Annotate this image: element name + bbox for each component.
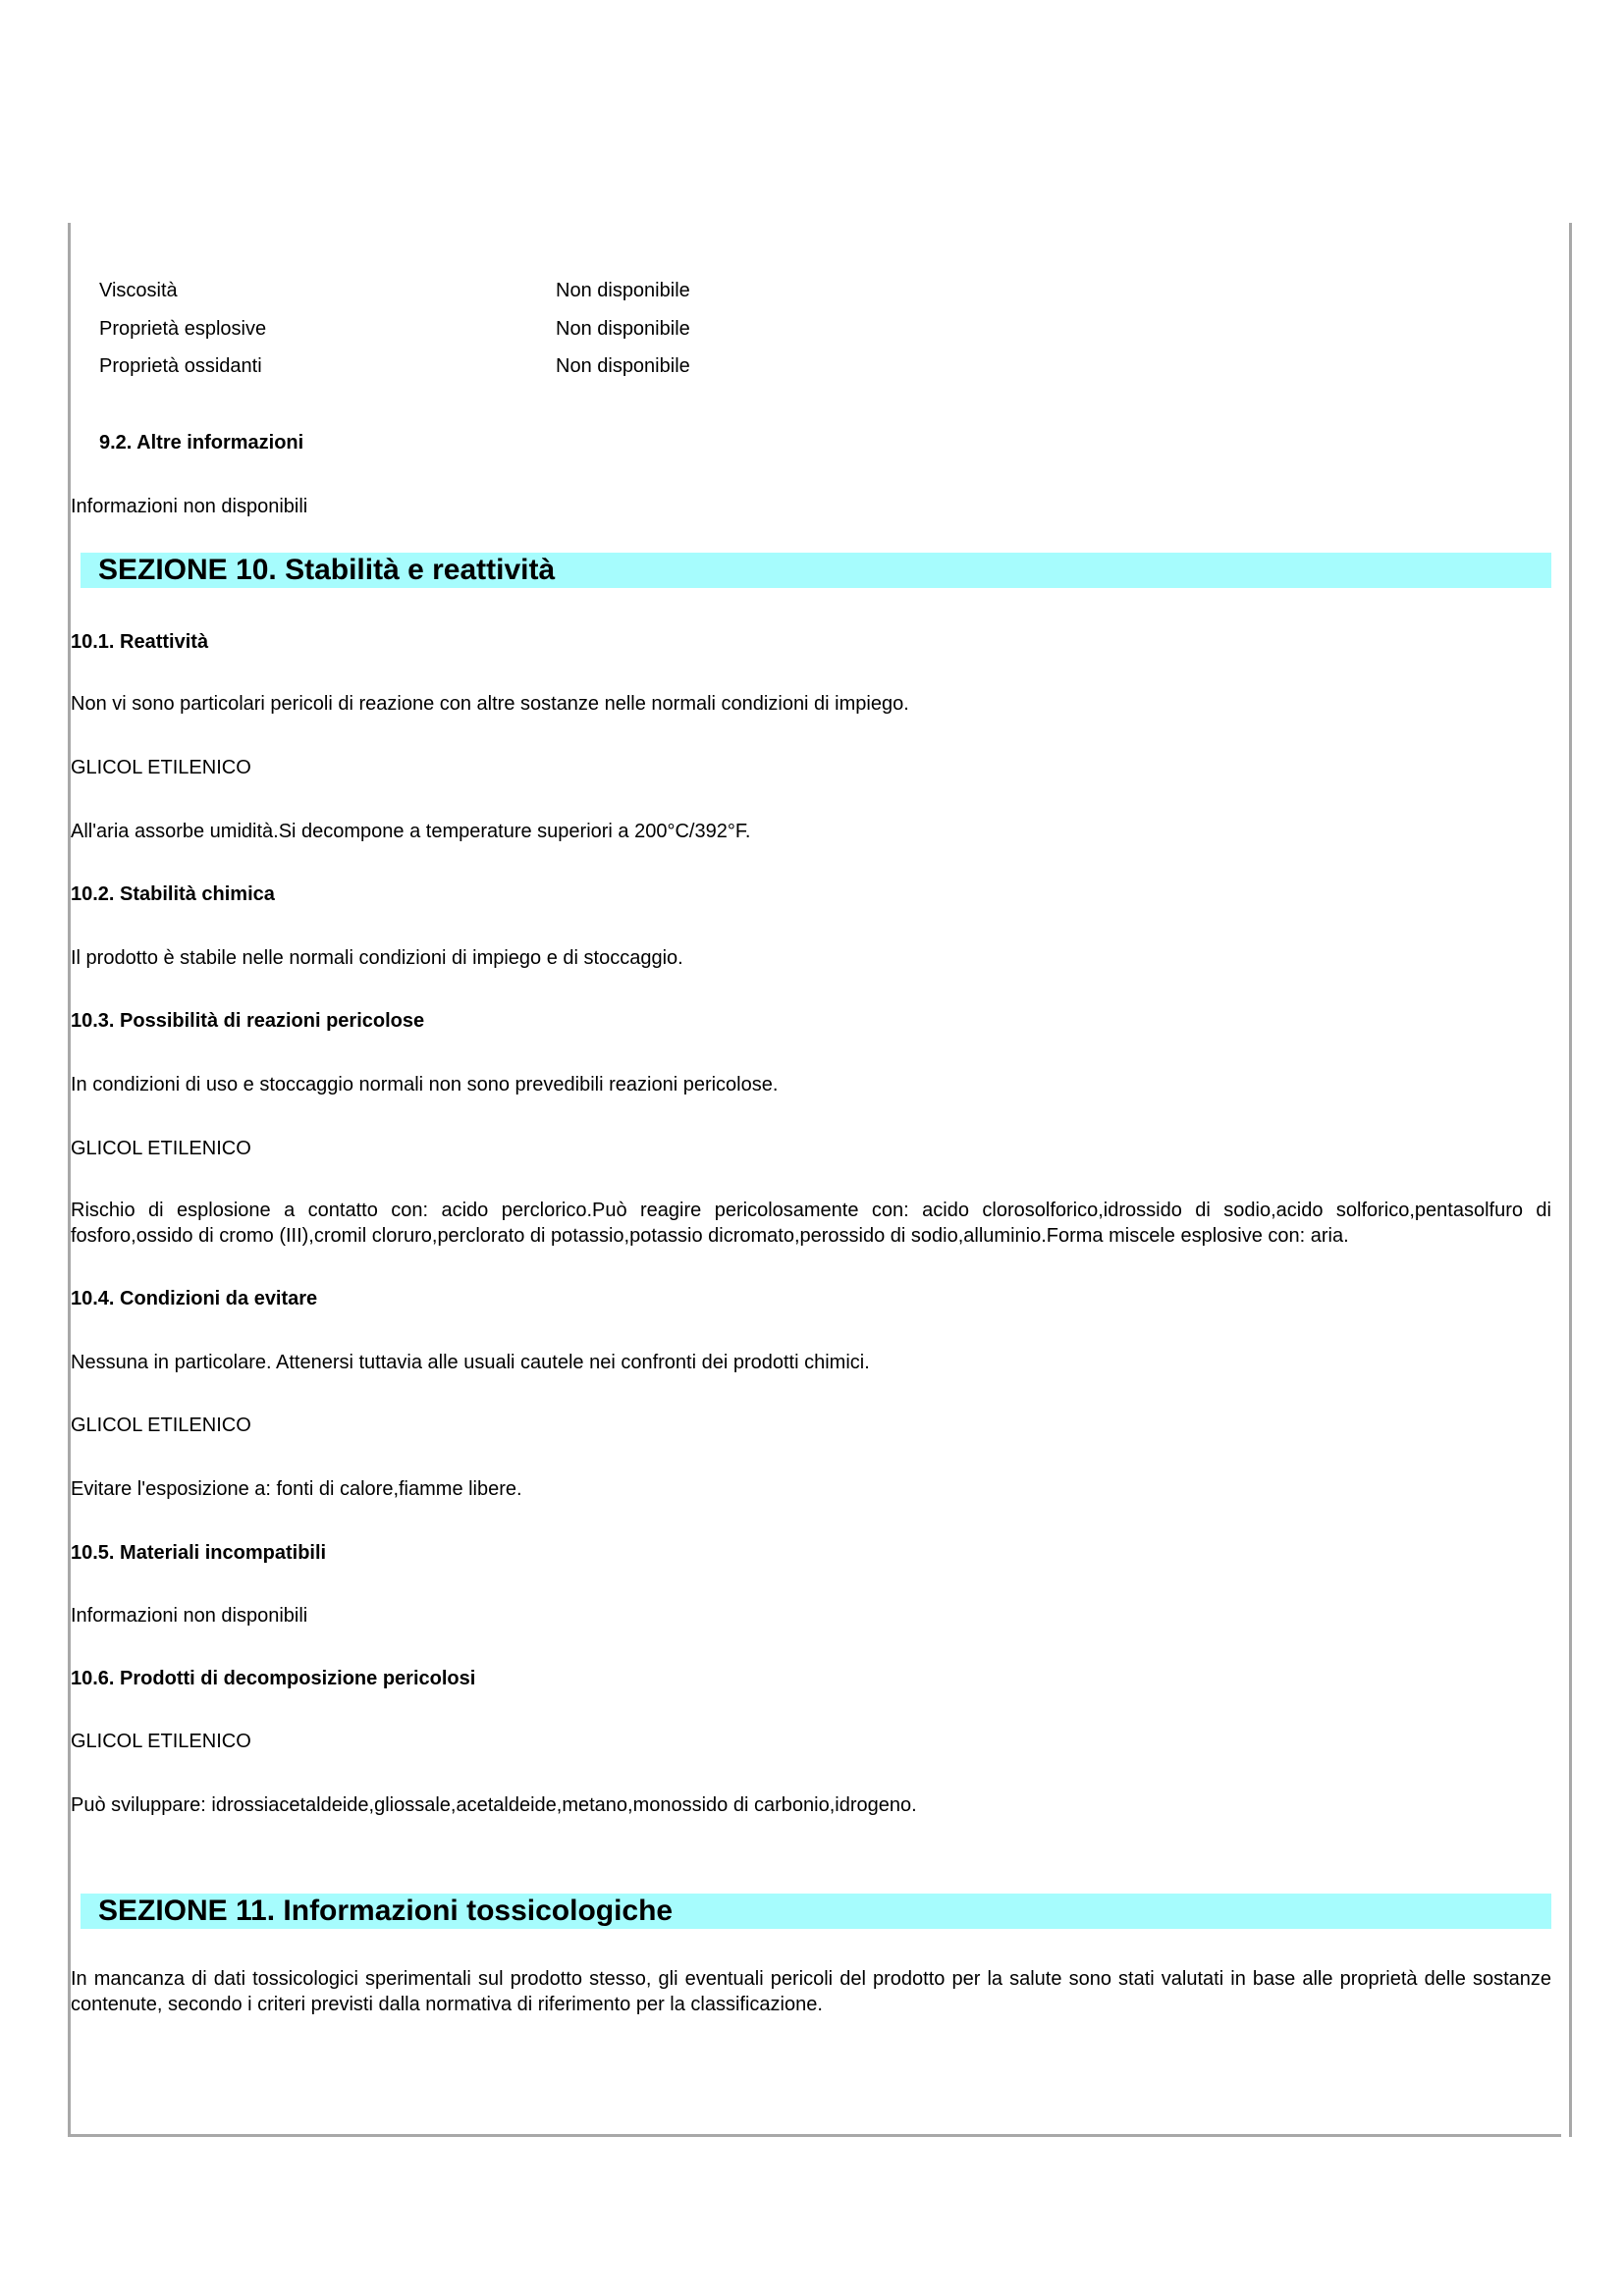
subsection-text-10-3: In condizioni di uso e stoccaggio normal… — [71, 1072, 778, 1097]
subsection-heading-10-4: 10.4. Condizioni da evitare — [71, 1286, 317, 1311]
property-value: Non disponibile — [556, 353, 690, 379]
substance-text-10-4: Evitare l'esposizione a: fonti di calore… — [71, 1476, 522, 1502]
subsection-text-10-5: Informazioni non disponibili — [71, 1603, 307, 1629]
property-label: Proprietà esplosive — [99, 316, 266, 342]
section-11-title: SEZIONE 11. Informazioni tossicologiche — [98, 1894, 673, 1929]
subsection-heading-10-5: 10.5. Materiali incompatibili — [71, 1540, 326, 1566]
subsection-text-10-2: Il prodotto è stabile nelle normali cond… — [71, 945, 683, 971]
substance-text-10-6: Può sviluppare: idrossiacetaldeide,glios… — [71, 1792, 917, 1818]
subsection-heading-10-3: 10.3. Possibilità di reazioni pericolose — [71, 1008, 424, 1034]
subsection-text-10-1: Non vi sono particolari pericoli di reaz… — [71, 691, 909, 717]
property-label: Proprietà ossidanti — [99, 353, 262, 379]
subsection-heading-10-6: 10.6. Prodotti di decomposizione pericol… — [71, 1666, 475, 1691]
substance-name-10-6: GLICOL ETILENICO — [71, 1729, 251, 1754]
property-label: Viscosità — [99, 278, 178, 303]
property-value: Non disponibile — [556, 316, 690, 342]
property-value: Non disponibile — [556, 278, 690, 303]
subsection-text-10-4: Nessuna in particolare. Attenersi tuttav… — [71, 1350, 870, 1375]
page-frame-right-border — [1569, 223, 1572, 2137]
substance-name-10-3: GLICOL ETILENICO — [71, 1136, 251, 1161]
section-10-title: SEZIONE 10. Stabilità e reattività — [98, 553, 555, 588]
substance-text-10-1: All'aria assorbe umidità.Si decompone a … — [71, 819, 750, 844]
subsection-heading-10-2: 10.2. Stabilità chimica — [71, 881, 275, 907]
section-11-text: In mancanza di dati tossicologici sperim… — [71, 1966, 1551, 2017]
page-frame-bottom-border — [68, 2134, 1561, 2137]
subsection-heading-9-2: 9.2. Altre informazioni — [99, 430, 303, 455]
substance-text-10-3: Rischio di esplosione a contatto con: ac… — [71, 1198, 1551, 1249]
subsection-text-9-2: Informazioni non disponibili — [71, 494, 307, 519]
substance-name-10-4: GLICOL ETILENICO — [71, 1413, 251, 1438]
subsection-heading-10-1: 10.1. Reattività — [71, 629, 208, 655]
substance-name-10-1: GLICOL ETILENICO — [71, 755, 251, 780]
